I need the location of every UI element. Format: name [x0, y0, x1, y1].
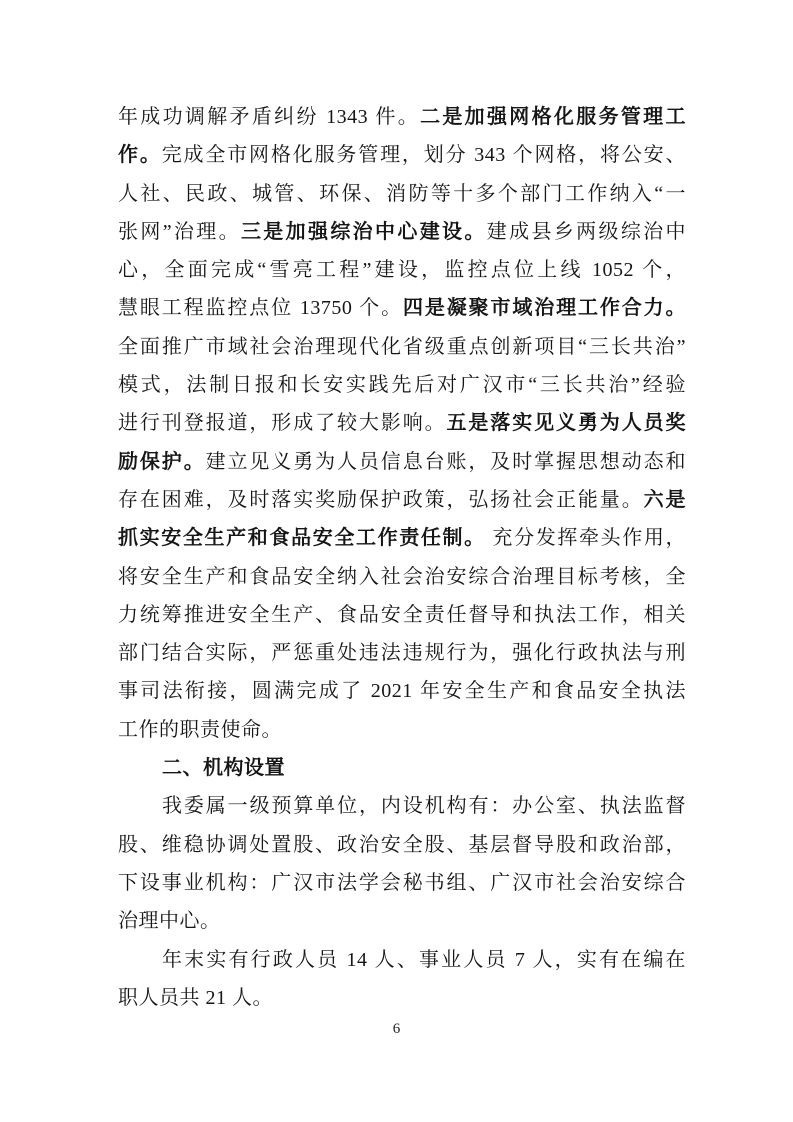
text-segment: 年成功调解矛盾纠纷 1343 件。 — [118, 106, 420, 128]
text-segment: 存在困难，及时落实奖励保护政策，弘扬社会正能量。 — [118, 489, 644, 511]
text-segment: 股、维稳协调处置股、政治安全股、基层督导股和政治部， — [118, 834, 686, 856]
text-line: 模式，法制日报和长安实践先后对广汉市“三长共治”经验 — [118, 366, 686, 404]
text-line: 事司法衔接，圆满完成了 2021 年安全生产和食品安全执法 — [118, 672, 686, 710]
text-segment: 模式，法制日报和长安实践先后对广汉市“三长共治”经验 — [118, 374, 686, 396]
bold-text-segment: 二是加强网格化服务管理工 — [420, 106, 686, 128]
document-lines: 年成功调解矛盾纠纷 1343 件。二是加强网格化服务管理工作。完成全市网格化服务… — [118, 98, 686, 1017]
text-segment: 人社、民政、城管、环保、消防等十多个部门工作纳入“一 — [118, 183, 686, 205]
text-segment: 张网”治理。 — [118, 221, 241, 243]
text-segment: 力统筹推进安全生产、食品安全责任督导和执法工作，相关 — [118, 604, 686, 626]
text-segment: 部门结合实际，严惩重处违法违规行为，强化行政执法与刑 — [118, 642, 686, 664]
text-line: 二、机构设置 — [118, 749, 686, 787]
text-segment: 工作的职责使命。 — [118, 719, 282, 741]
text-line: 我委属一级预算单位，内设机构有：办公室、执法监督 — [118, 787, 686, 825]
text-line: 职人员共 21 人。 — [118, 979, 686, 1017]
text-line: 下设事业机构：广汉市法学会秘书组、广汉市社会治安综合 — [118, 864, 686, 902]
text-line: 进行刊登报道，形成了较大影响。五是落实见义勇为人员奖 — [118, 404, 686, 442]
text-segment: 进行刊登报道，形成了较大影响。 — [118, 412, 447, 434]
text-segment: 年末实有行政人员 14 人、事业人员 7 人，实有在编在 — [162, 949, 686, 971]
bold-text-segment: 二、机构设置 — [162, 757, 285, 779]
text-segment: 心，全面完成“雪亮工程”建设，监控点位上线 1052 个， — [118, 259, 686, 281]
text-segment: 完成全市网格化服务管理，划分 343 个网格，将公安、 — [162, 144, 686, 166]
text-segment: 全面推广市域社会治理现代化省级重点创新项目“三长共治” — [118, 336, 686, 358]
text-line: 将安全生产和食品安全纳入社会治安综合治理目标考核，全 — [118, 558, 686, 596]
text-line: 慧眼工程监控点位 13750 个。四是凝聚市域治理工作合力。 — [118, 289, 686, 327]
text-line: 治理中心。 — [118, 902, 686, 940]
bold-text-segment: 五是落实见义勇为人员奖 — [447, 412, 687, 434]
bold-text-segment: 抓实安全生产和食品安全工作责任制。 — [118, 527, 486, 549]
text-segment: 下设事业机构：广汉市法学会秘书组、广汉市社会治安综合 — [118, 872, 686, 894]
text-segment: 治理中心。 — [118, 910, 221, 932]
bold-text-segment: 作。 — [118, 144, 162, 166]
text-line: 股、维稳协调处置股、政治安全股、基层督导股和政治部， — [118, 826, 686, 864]
text-segment: 事司法衔接，圆满完成了 2021 年安全生产和食品安全执法 — [118, 680, 686, 702]
text-line: 心，全面完成“雪亮工程”建设，监控点位上线 1052 个， — [118, 251, 686, 289]
text-line: 工作的职责使命。 — [118, 711, 686, 749]
text-line: 年成功调解矛盾纠纷 1343 件。二是加强网格化服务管理工 — [118, 98, 686, 136]
text-segment: 慧眼工程监控点位 13750 个。 — [118, 297, 403, 319]
bold-text-segment: 励保护。 — [118, 451, 206, 473]
text-segment: 职人员共 21 人。 — [118, 987, 273, 1009]
document-page: 年成功调解矛盾纠纷 1343 件。二是加强网格化服务管理工作。完成全市网格化服务… — [0, 0, 793, 1122]
text-segment: 将安全生产和食品安全纳入社会治安综合治理目标考核，全 — [118, 566, 686, 588]
text-line: 抓实安全生产和食品安全工作责任制。 充分发挥牵头作用， — [118, 519, 686, 557]
document-body: 年成功调解矛盾纠纷 1343 件。二是加强网格化服务管理工作。完成全市网格化服务… — [118, 98, 686, 1017]
text-segment: 充分发挥牵头作用， — [486, 527, 686, 549]
bold-text-segment: 三是加强综治中心建设。 — [241, 221, 487, 243]
text-line: 部门结合实际，严惩重处违法违规行为，强化行政执法与刑 — [118, 634, 686, 672]
text-line: 力统筹推进安全生产、食品安全责任督导和执法工作，相关 — [118, 596, 686, 634]
page-footer: 6 — [0, 1021, 793, 1038]
text-line: 年末实有行政人员 14 人、事业人员 7 人，实有在编在 — [118, 941, 686, 979]
text-line: 张网”治理。三是加强综治中心建设。建成县乡两级综治中 — [118, 213, 686, 251]
text-line: 人社、民政、城管、环保、消防等十多个部门工作纳入“一 — [118, 175, 686, 213]
text-segment: 建成县乡两级综治中 — [487, 221, 686, 243]
text-segment: 我委属一级预算单位，内设机构有：办公室、执法监督 — [162, 795, 686, 817]
bold-text-segment: 六是 — [644, 489, 686, 511]
page-number: 6 — [393, 1021, 401, 1037]
bold-text-segment: 四是凝聚市域治理工作合力。 — [403, 297, 686, 319]
text-line: 全面推广市域社会治理现代化省级重点创新项目“三长共治” — [118, 328, 686, 366]
text-line: 作。完成全市网格化服务管理，划分 343 个网格，将公安、 — [118, 136, 686, 174]
text-segment: 建立见义勇为人员信息台账，及时掌握思想动态和 — [206, 451, 686, 473]
text-line: 存在困难，及时落实奖励保护政策，弘扬社会正能量。六是 — [118, 481, 686, 519]
text-line: 励保护。建立见义勇为人员信息台账，及时掌握思想动态和 — [118, 443, 686, 481]
